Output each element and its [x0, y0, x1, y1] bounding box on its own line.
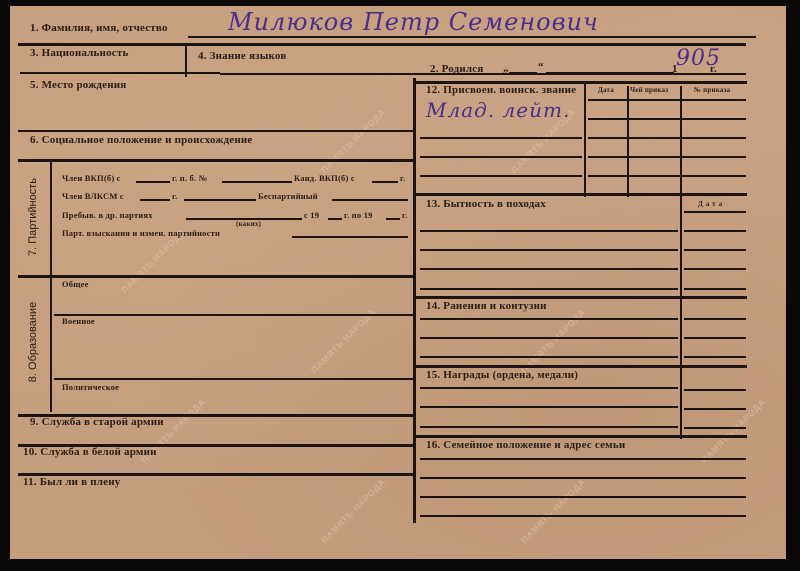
party-line1-a: Член ВКП(б) с	[62, 173, 121, 183]
party-line3-d: г.	[402, 210, 407, 220]
record-card: ПАМЯТЬ НАРОДА ПАМЯТЬ НАРОДА ПАМЯТЬ НАРОД…	[10, 6, 786, 559]
divider	[680, 298, 682, 368]
field-3-label: 3. Национальность	[30, 47, 129, 59]
divider	[415, 435, 747, 438]
row-line	[420, 268, 678, 270]
field-5-label: 5. Место рождения	[30, 79, 126, 91]
party-line2-blank[interactable]	[140, 199, 170, 201]
party-line4-blank[interactable]	[292, 236, 408, 238]
row-line	[420, 249, 678, 251]
row-line	[684, 318, 746, 320]
row-line	[420, 230, 678, 232]
party-line1-c: Канд. ВКП(б) с	[294, 173, 355, 183]
field-11-label: 11. Был ли в плену	[23, 476, 120, 488]
party-line2-c: Беспартийный	[258, 191, 318, 201]
party-line1-blank[interactable]	[222, 181, 292, 183]
field-8-label: 8. Образование	[27, 297, 39, 387]
rank-row-line	[588, 175, 746, 177]
party-line3-blank[interactable]	[386, 218, 400, 220]
divider	[18, 43, 746, 46]
divider	[18, 275, 413, 278]
party-line1-blank[interactable]	[372, 181, 398, 183]
row-line	[420, 406, 678, 408]
party-line2-blank[interactable]	[332, 199, 408, 201]
rank-row-line	[588, 118, 746, 120]
divider	[588, 99, 746, 101]
divider	[50, 161, 52, 276]
field-9-label: 9. Служба в старой армии	[30, 416, 164, 428]
row-line	[420, 496, 746, 498]
divider	[680, 196, 682, 299]
divider	[680, 86, 682, 197]
row-line	[420, 387, 678, 389]
field-10-label: 10. Служба в белой армии	[23, 446, 157, 458]
divider	[18, 130, 413, 132]
field-2-month-sep: “	[538, 61, 544, 73]
field-2-year-suffix: г.	[710, 63, 717, 75]
divider	[20, 72, 220, 74]
row-line	[684, 268, 746, 270]
divider	[18, 159, 413, 162]
field-6-label: 6. Социальное положение и происхождение	[30, 134, 253, 146]
party-line2-blank[interactable]	[184, 199, 256, 201]
col-order-no-header: № приказа	[694, 86, 730, 94]
party-line4-a: Парт. взыскания и измен. партийности	[62, 228, 220, 238]
row-line	[684, 211, 746, 213]
watermark: ПАМЯТЬ НАРОДА	[519, 477, 587, 545]
field-7-label: 7. Партийность	[27, 172, 39, 262]
party-line3-blank[interactable]	[328, 218, 342, 220]
col-whose-order-header: Чей приказ	[630, 86, 668, 94]
divider	[415, 296, 747, 299]
party-line1-d: г.	[400, 173, 405, 183]
row-line	[684, 408, 746, 410]
row-line	[684, 249, 746, 251]
row-line	[420, 337, 678, 339]
rank-row-line	[588, 156, 746, 158]
row-line	[684, 356, 746, 358]
education-political-label: Политическое	[62, 382, 119, 392]
field-2-month-line[interactable]	[546, 72, 674, 74]
row-line	[420, 356, 678, 358]
watermark: ПАМЯТЬ НАРОДА	[319, 107, 387, 175]
divider	[680, 367, 682, 439]
education-military-label: Военное	[62, 316, 95, 326]
field-13-label: 13. Бытность в походах	[426, 198, 546, 210]
row-line	[420, 458, 746, 460]
rank-row-line	[588, 137, 746, 139]
party-line3-sub: (каких)	[236, 220, 261, 228]
row-line	[684, 389, 746, 391]
divider	[54, 378, 413, 380]
divider	[584, 84, 586, 197]
row-line	[684, 427, 746, 429]
divider	[627, 86, 629, 197]
watermark: ПАМЯТЬ НАРОДА	[319, 477, 387, 545]
divider	[415, 193, 747, 196]
field-12-label: 12. Присвоен. воинск. звание	[426, 84, 576, 96]
rank-row-line	[420, 175, 582, 177]
field-14-label: 14. Ранения и контузии	[426, 300, 547, 312]
field-1-label: 1. Фамилия, имя, отчество	[30, 22, 168, 34]
row-line	[684, 230, 746, 232]
party-line3-a: Пребыв. в др. партиях	[62, 210, 153, 220]
field-1-line	[188, 36, 748, 38]
party-line1-blank[interactable]	[136, 181, 170, 183]
party-line1-b: г. п. б. №	[172, 173, 207, 183]
party-line3-c: г. по 19	[344, 210, 373, 220]
divider	[54, 314, 413, 316]
col-date-header: Дата	[598, 86, 614, 94]
education-general-label: Общее	[62, 279, 89, 289]
col-date-header: Дата	[698, 200, 725, 208]
center-divider	[413, 78, 416, 523]
field-1-value[interactable]: Милюков Петр Семенович	[228, 8, 599, 36]
field-15-label: 15. Награды (ордена, медали)	[426, 369, 578, 381]
row-line	[684, 288, 746, 290]
row-line	[420, 426, 678, 428]
row-line	[420, 515, 746, 517]
party-line3-b: с 19	[304, 210, 319, 220]
row-line	[420, 318, 678, 320]
field-2-label: 2. Родился	[430, 63, 484, 75]
rank-row-line	[420, 156, 582, 158]
party-line2-a: Член ВЛКСМ с	[62, 191, 124, 201]
field-2-day-sep: „	[503, 62, 509, 74]
field-2-day-line[interactable]	[509, 72, 537, 74]
field-16-label: 16. Семейное положение и адрес семьи	[426, 439, 625, 451]
divider	[415, 365, 747, 368]
row-line	[420, 288, 678, 290]
party-line2-b: г.	[172, 191, 177, 201]
row-line	[684, 337, 746, 339]
row-line	[420, 477, 746, 479]
watermark: ПАМЯТЬ НАРОДА	[309, 307, 377, 375]
edge-tick	[748, 36, 756, 38]
field-12-value[interactable]: Млад. лейт.	[426, 98, 570, 122]
divider	[50, 277, 52, 412]
rank-row-line	[420, 137, 582, 139]
field-4-label: 4. Знание языков	[198, 50, 286, 62]
